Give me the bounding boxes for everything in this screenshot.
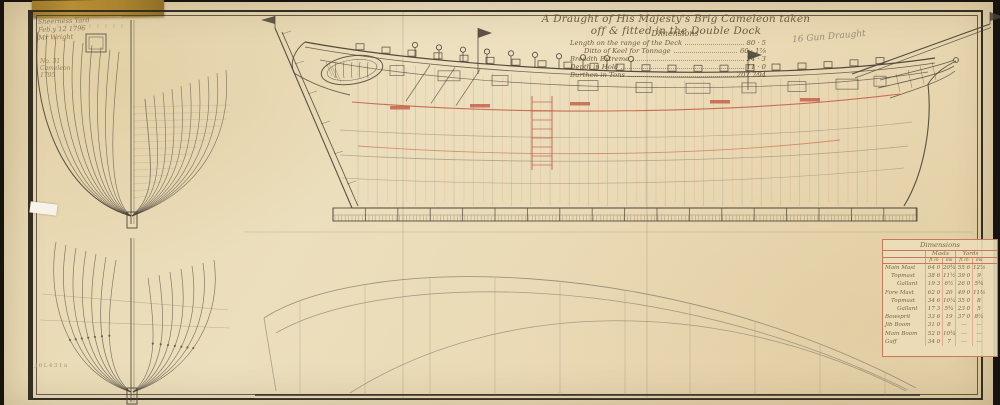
red-deck-fitting [470,104,490,108]
figurehead-scroll [954,58,959,63]
ribband-line [133,161,183,163]
spar-table-row: Bowsprit33 61937 08¼ [883,313,997,321]
gunport-square [798,63,806,69]
frame-spot [108,335,110,337]
fore-section-curve [132,70,227,216]
spar-column-group: Yards [955,251,985,257]
spar-table-column-groups: MastsYards [883,251,997,258]
spar-mast-diameter: 6½ [942,280,955,288]
spar-head-spacer [883,251,925,257]
gunport-square [512,59,520,65]
frame-spot [152,342,154,344]
spar-subcolumn: ins [942,258,955,263]
spar-name: Main Mast [883,264,925,272]
ribband-line [133,112,230,114]
gunport-square [356,44,364,50]
channel-diagonal [406,65,430,101]
ribband-line [133,105,230,107]
aft-cant-curve [82,251,131,392]
sheer-plan-profile [240,10,992,242]
spar-yard-length: 49 0 [955,289,972,297]
rudder-band [295,61,304,64]
spar-yard-length: 37 0 [955,313,972,321]
spar-yard-length: 23 0 [955,305,972,313]
spar-yard-diameter: 12⅞ [972,264,985,272]
spar-yard-length: 26 0 [955,280,972,288]
spar-mast-length: 38 6 [925,272,942,280]
spar-name: Bowsprit [883,313,925,321]
spar-mast-length: 33 6 [925,313,942,321]
stanchion-head [436,45,441,50]
fore-cant-curve [133,275,163,392]
spar-mast-diameter: 5¾ [942,305,955,313]
stanchion-head [556,54,561,59]
stanchion-head [580,55,585,60]
fore-cant-curve [133,266,194,392]
stanchion-head [532,52,537,57]
max-breadth-curve [264,277,916,388]
spar-table-row: Jib Boom31 08—— [883,321,997,329]
stanchion-head [508,51,513,56]
spar-yard-diameter: 8¼ [972,313,985,321]
red-lower-deck-line [358,140,840,154]
ribband-line [133,126,220,128]
spar-yard-length: — [955,321,972,329]
aft-section-curve [113,52,131,216]
half-breadth-plan [240,238,992,404]
spar-name: Fore Mast [883,289,925,297]
gunport-square [460,55,468,61]
body-plan-cant-frames [28,232,240,404]
spar-table-title: Dimensions [883,240,997,251]
main-flag-glyph [478,28,492,38]
gunport-square [668,65,676,71]
spar-yard-diameter: 8 [972,297,985,305]
spar-mast-length: 64 0 [925,264,942,272]
spar-yard-length: 35 0 [955,297,972,305]
spar-yard-length: 55 6 [955,264,972,272]
ribband-line [133,175,169,177]
spar-yard-diameter: 5¾ [972,280,985,288]
frame-spot [101,335,103,337]
aft-section-curve [63,39,131,216]
ribband-line [133,133,213,135]
ribband-line [133,196,147,198]
spar-column-group: Masts [925,251,955,257]
spar-mast-diameter: 19 [942,313,955,321]
frame-spot [160,343,162,345]
spar-mast-length: 31 0 [925,321,942,329]
spar-mast-diameter: 20 [942,289,955,297]
ribband-line [133,147,198,149]
gunport-square [616,64,624,70]
spar-head-spacer [883,258,925,263]
spar-table-row: Gallant17 35¾23 05 [883,305,997,313]
spar-mast-length: 19 3 [925,280,942,288]
gallery-sash-bar [351,62,352,78]
aft-cant-curve [73,248,131,392]
stanchion-head [460,47,465,52]
spar-mast-diameter: 8 [942,321,955,329]
stanchion-head [412,42,417,47]
spar-mast-length: 52 0 [925,330,942,338]
ribband-line [133,154,191,156]
spar-yard-diameter: — [972,330,985,338]
stanchion-head [604,56,609,61]
deck-structure-outline [492,75,508,85]
spar-mast-length: 34 6 [925,297,942,305]
spar-subcolumn: ft in [925,258,942,263]
fore-section-curve [132,73,218,216]
gunport-square [694,65,702,71]
channel-diagonal [456,70,480,106]
red-upper-deck-line [352,94,900,111]
spar-name: Jib Boom [883,321,925,329]
spar-name: Gallant [883,305,925,313]
fore-cant-curve [133,269,183,392]
frame-spot [81,337,83,339]
diagonal-line [42,294,228,310]
height-of-breadth-curve [350,321,906,393]
red-deck-fitting [710,100,730,104]
red-deck-fitting [570,102,590,106]
spar-name: Topmast [883,272,925,280]
gunport-square [642,65,650,71]
fore-cant-curve [133,278,153,392]
hatch-detail-inner [89,37,103,49]
spar-dimensions-table: Dimensions MastsYards ft ininsft inins M… [882,239,998,357]
spar-mast-length: 17 3 [925,305,942,313]
ensign-staff-flag-glyph [261,16,275,24]
frame-spot [94,336,96,338]
stanchion-head [484,49,489,54]
spar-table-row: Gaff34 07—— [883,338,997,346]
gunport-square [382,47,390,53]
gunport-square [564,62,572,68]
aft-section-curve [97,47,131,216]
gunport-square [850,60,858,66]
stern-counter-curve [292,42,305,73]
frame-spot [180,346,182,348]
spar-mast-length: 34 0 [925,338,942,346]
rudder-band [282,31,291,34]
bowsprit-pennant-glyph [990,12,1000,21]
stanchion-head [628,56,633,61]
spar-yard-diameter: — [972,338,985,346]
spar-name: Gallant [883,280,925,288]
spar-mast-diameter: 10¼ [942,297,955,305]
gunport-square [720,65,728,71]
deck-structure-outline [390,66,404,76]
spar-table-row: Gallant19 36½26 05¾ [883,280,997,288]
deck-structure-outline [742,83,756,93]
rudder-band [308,91,317,94]
gallery-sash-bar [343,62,344,78]
aft-section-curve [105,50,131,216]
ribband-line [133,168,176,170]
frame-spot [186,346,188,348]
frame-spot [192,347,194,349]
sheer-rail-inner-line [305,47,935,77]
frame-spot [174,345,176,347]
spar-name: Gaff [883,338,925,346]
draught-paper-sheet: Sheerness YardFeb.y 12 1796Mr Wright No.… [4,2,993,405]
stem-curve [904,84,929,206]
diagonal-line [40,320,230,328]
fore-cant-curve [133,260,215,392]
fore-flag-glyph [748,50,762,60]
frame-spot [167,344,169,346]
deck-structure-outline [686,83,710,93]
spar-table-row: Main Boom52 010¾—— [883,330,997,338]
spar-mast-diameter: 20¾ [942,264,955,272]
aft-section-curve [55,36,131,216]
gunport-square [590,63,598,69]
spar-name: Main Boom [883,330,925,338]
gunport-square [746,65,754,71]
spar-yard-diameter: — [972,321,985,329]
body-plan-sections [28,12,240,234]
photographed-ship-draught: { "document": { "title": "A Draught of H… [0,0,1000,405]
frame-spot [69,339,71,341]
spar-table-row: Main Mast64 020¾55 612⅞ [883,264,997,272]
spar-mast-diameter: 7 [942,338,955,346]
spar-name: Topmast [883,297,925,305]
rudder-band [334,151,343,154]
spar-mast-length: 62 0 [925,289,942,297]
gallery-sash-bar [359,62,360,78]
ribband-line [133,182,161,184]
fore-section-curve [132,86,182,216]
spar-yard-length: 39 0 [955,272,972,280]
spar-table-rows: Main Mast64 020¾55 612⅞Topmast38 611½39 … [883,264,997,346]
sheer-rail-line [305,42,935,72]
spar-yard-length: — [955,338,972,346]
spar-yard-diameter: 5 [972,305,985,313]
ribband-line [133,140,206,142]
gunport-square [538,61,546,67]
gunport-square [772,64,780,70]
spar-yard-diameter: 11⅜ [972,289,985,297]
bowsprit-lower-line [855,28,991,79]
spar-table-row: Fore Mast62 02049 011⅜ [883,289,997,297]
quarter-gallery-oval [319,51,385,88]
spar-table-row: Topmast34 610¼35 08 [883,297,997,305]
spar-subcolumn: ft in [955,258,972,263]
rudder-band [347,181,356,184]
ribband-line [133,189,154,191]
spar-yard-length: — [955,330,972,338]
transom-facet [264,318,276,391]
spar-yard-diameter: 9 [972,272,985,280]
waterline [342,168,904,183]
gunport-square [824,62,832,68]
rudder-band [321,121,330,124]
spar-subcolumn: ins [972,258,985,263]
frame-spot [87,337,89,339]
red-deck-fitting [390,106,410,110]
spar-table-row: Topmast38 611½39 09 [883,272,997,280]
head-timber [932,62,936,80]
rudder-trailing-edge [275,28,352,208]
red-deck-fitting [800,98,820,102]
spar-mast-diameter: 11½ [942,272,955,280]
spar-mast-diameter: 10¾ [942,330,955,338]
frame-spot [75,338,77,340]
bowsprit-line [852,24,990,74]
gunport-square [434,53,442,59]
